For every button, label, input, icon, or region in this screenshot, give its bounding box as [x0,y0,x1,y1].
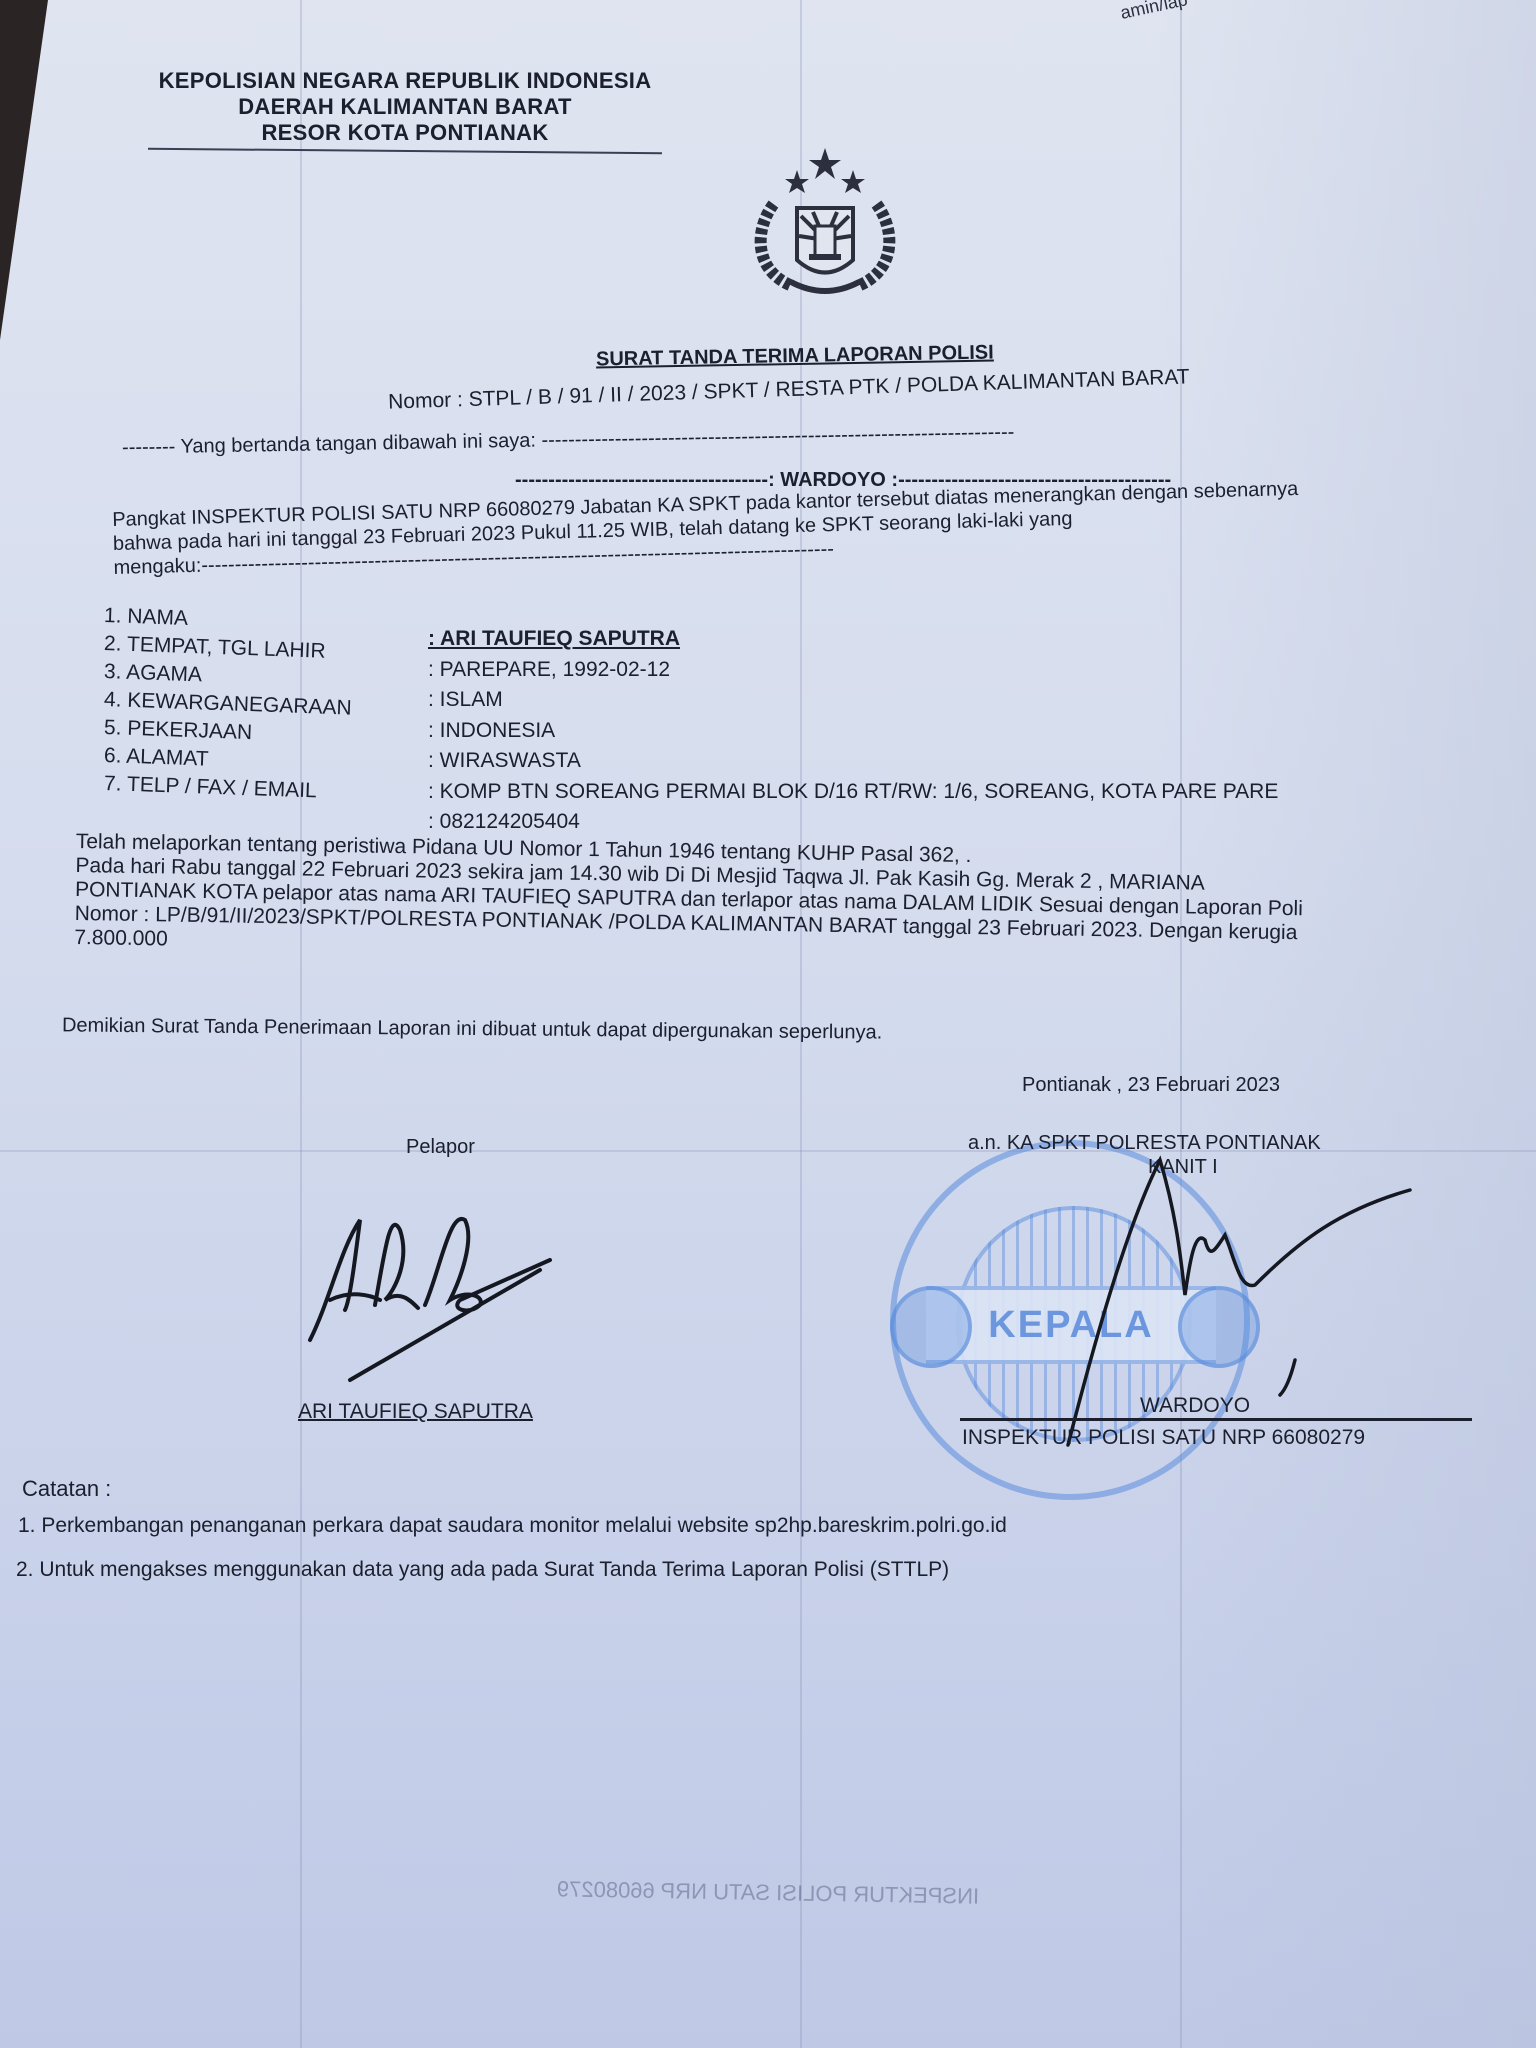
field-value-religion: : ISLAM [428,685,1278,716]
field-label: 4. KEWARGANEGARAAN [104,688,352,721]
officer-name: WARDOYO [1140,1394,1250,1418]
report-body: Telah melaporkan tentang peristiwa Pidan… [74,830,1304,969]
letterhead-line3: RESOR KOTA PONTIANAK [150,120,660,146]
fold-line [1180,0,1182,2048]
officer-rank-nrp: INSPEKTUR POLISI SATU NRP 66080279 [962,1426,1365,1450]
field-label: 5. PEKERJAAN [104,716,352,749]
field-label: 3. AGAMA [104,660,352,693]
notes-heading: Catatan : [22,1476,111,1502]
place-date: Pontianak , 23 Februari 2023 [1022,1074,1280,1097]
field-value-name: : ARI TAUFIEQ SAPUTRA [428,624,1278,655]
letterhead: KEPOLISIAN NEGARA REPUBLIK INDONESIA DAE… [150,68,660,146]
closing-statement: Demikian Surat Tanda Penerimaan Laporan … [62,1014,882,1044]
field-label: 1. NAMA [104,604,352,637]
note-item: 2. Untuk mengakses menggunakan data yang… [16,1558,949,1582]
field-value-citizenship: : INDONESIA [428,716,1278,747]
letterhead-line1: KEPOLISIAN NEGARA REPUBLIK INDONESIA [150,68,660,94]
field-labels: 1. NAMA 2. TEMPAT, TGL LAHIR 3. AGAMA 4.… [104,604,352,796]
field-value-address: : KOMP BTN SOREANG PERMAI BLOK D/16 RT/R… [428,777,1278,808]
intro-line: -------- Yang bertanda tangan dibawah in… [122,420,1015,460]
field-value-occupation: : WIRASWASTA [428,746,1278,777]
letterhead-line2: DAERAH KALIMANTAN BARAT [150,94,660,120]
reporter-role: Pelapor [406,1136,475,1159]
field-label: 6. ALAMAT [104,744,352,777]
stamp-emblem-icon [890,1286,972,1368]
letterhead-underline [148,148,662,154]
document-number: Nomor : STPL / B / 91 / II / 2023 / SPKT… [388,365,1190,414]
field-label: 7. TELP / FAX / EMAIL [104,772,352,805]
document-title: SURAT TANDA TERIMA LAPORAN POLISI [596,342,994,372]
paper-shadow [1156,0,1536,2048]
field-label: 2. TEMPAT, TGL LAHIR [104,632,352,665]
field-value-birth: : PAREPARE, 1992-02-12 [428,655,1278,686]
field-value-phone: : 082124205404 [428,807,1278,838]
reporter-name: ARI TAUFIEQ SAPUTRA [298,1400,533,1424]
officer-name-underline [960,1418,1472,1421]
field-values: : ARI TAUFIEQ SAPUTRA : PAREPARE, 1992-0… [428,624,1278,838]
statement: Pangkat INSPEKTUR POLISI SATU NRP 660802… [112,477,1300,580]
note-item: 1. Perkembangan penanganan perkara dapat… [18,1514,1007,1538]
reporter-signature-icon [300,1190,560,1390]
document-paper: amin/lap KEPOLISIAN NEGARA REPUBLIK INDO… [0,0,1536,2048]
polri-emblem-icon [735,140,915,320]
